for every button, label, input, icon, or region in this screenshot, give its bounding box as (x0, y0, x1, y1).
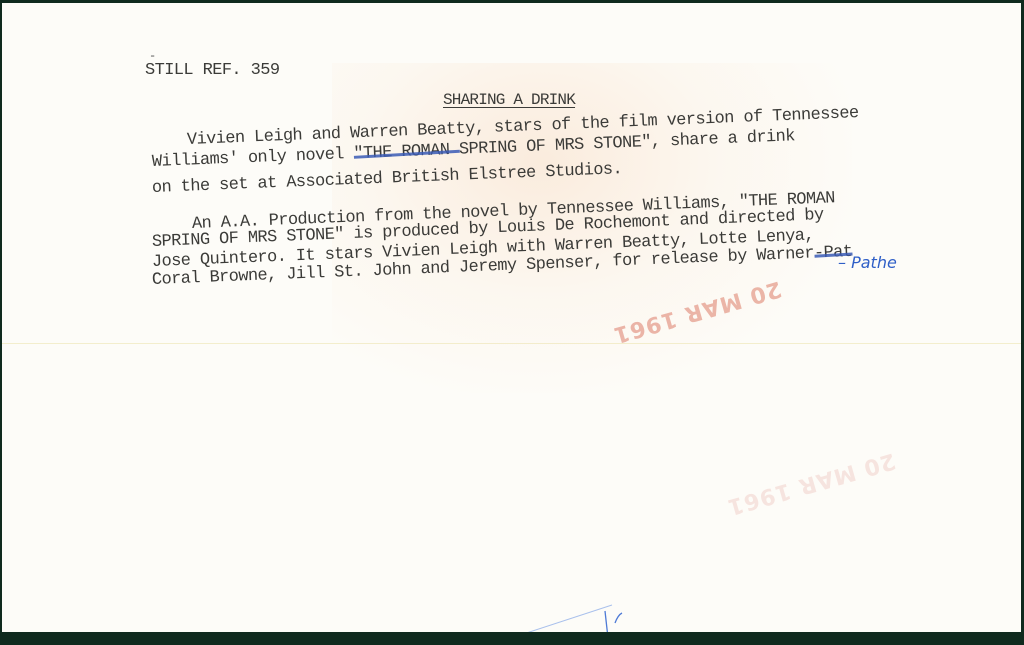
date-stamp-ghost: 20 MAR 1961 (724, 447, 898, 519)
date-stamp: 20 MAR 1961 (610, 275, 784, 347)
scan-border (2, 632, 1021, 640)
fold-line (2, 343, 1021, 344)
still-reference-text: STILL REF. 359 (145, 61, 279, 80)
handwritten-correction: – Pathe (838, 253, 897, 272)
scanned-document: - STILL REF. 359 SHARING A DRINK Vivien … (2, 3, 1021, 640)
still-reference: - STILL REF. 359 (145, 61, 279, 80)
typewriter-mark: - (149, 49, 156, 63)
paragraph1-line2-prefix: Williams' only novel (152, 145, 354, 172)
caption-title: SHARING A DRINK (443, 91, 575, 109)
struck-text: "THE ROMAN (353, 141, 459, 164)
